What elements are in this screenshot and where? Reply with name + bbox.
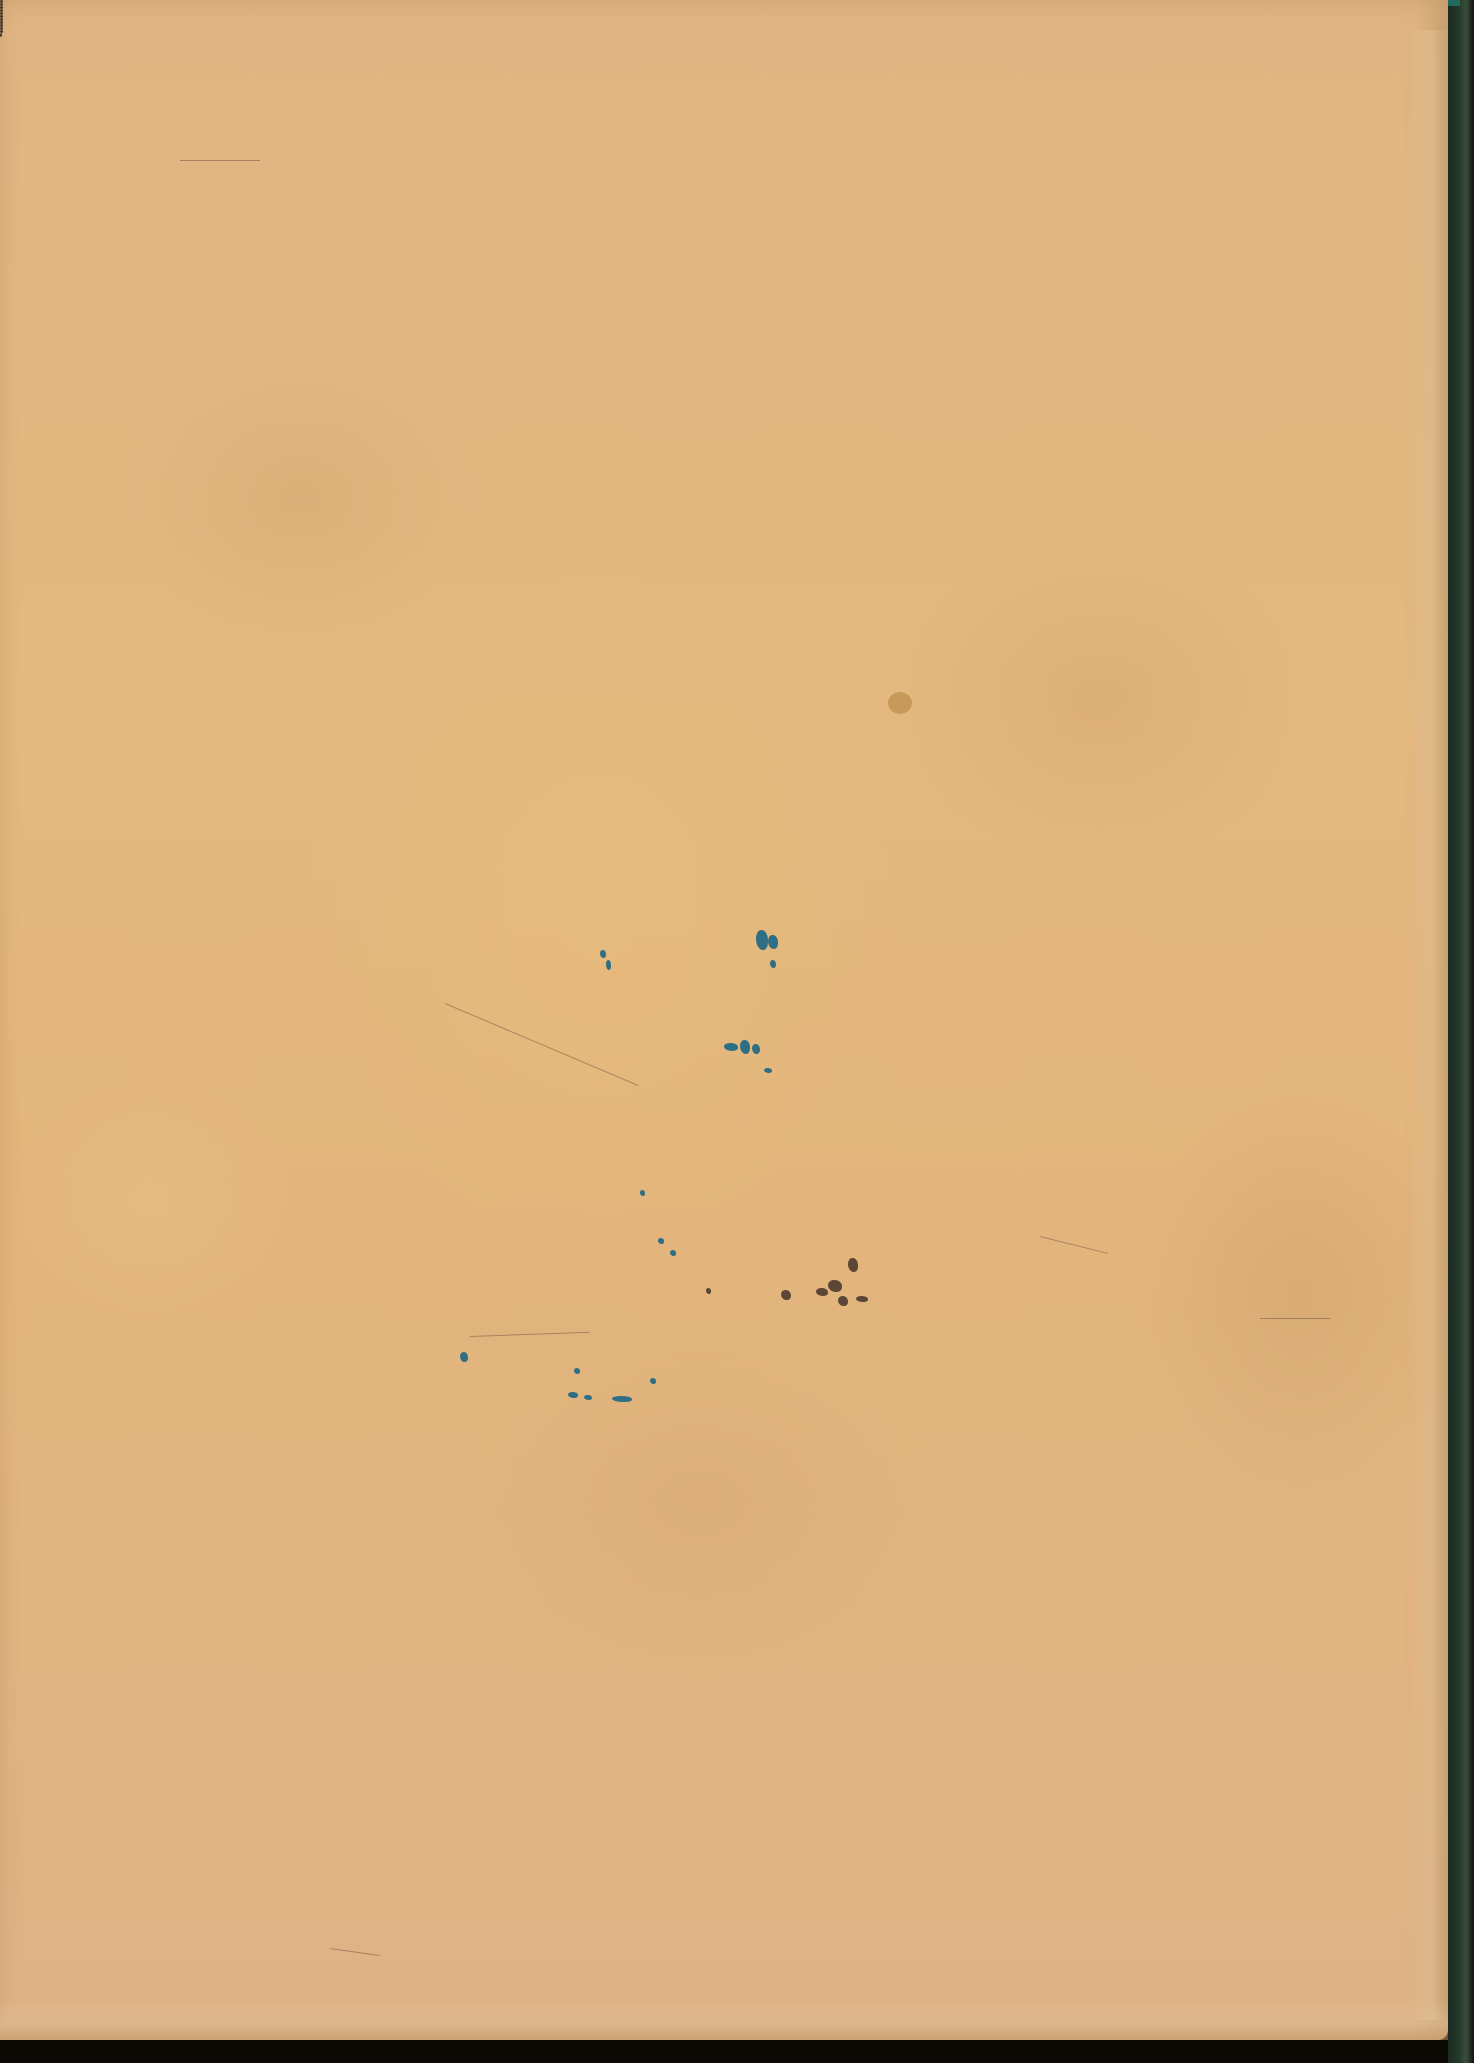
scratch — [1040, 1236, 1108, 1254]
stain-spot — [781, 1290, 791, 1300]
speck — [0, 33, 2, 37]
ink-fleck — [770, 960, 776, 968]
book-spine — [1448, 0, 1474, 2063]
ink-fleck — [612, 1396, 632, 1402]
scratch — [180, 160, 260, 161]
right-edge-wear — [1408, 30, 1448, 2020]
stain-spot — [848, 1258, 858, 1272]
ink-fleck — [724, 1043, 738, 1051]
stain-spot — [838, 1296, 848, 1306]
stain-spot — [816, 1288, 828, 1296]
scratch — [445, 1003, 639, 1086]
stain-spot — [856, 1296, 868, 1302]
bottom-edge-wear — [0, 2000, 1448, 2040]
ink-fleck — [768, 935, 778, 949]
water-stain — [888, 692, 912, 714]
ink-fleck — [650, 1378, 656, 1384]
ink-fleck — [756, 930, 768, 950]
ink-fleck — [460, 1352, 468, 1362]
ink-fleck — [606, 960, 611, 970]
ink-fleck — [600, 950, 606, 958]
scratch — [330, 1948, 380, 1956]
scanned-page — [0, 0, 1474, 2063]
ink-fleck — [752, 1044, 760, 1054]
stain-spot — [706, 1288, 711, 1294]
stain-spot — [828, 1280, 842, 1292]
scratch — [1260, 1318, 1330, 1319]
ink-fleck — [740, 1040, 750, 1054]
ink-fleck — [574, 1368, 580, 1374]
ink-fleck — [584, 1395, 592, 1400]
ink-fleck — [764, 1068, 772, 1073]
ink-fleck — [640, 1190, 645, 1196]
ink-fleck — [658, 1238, 664, 1244]
book-back-cover — [0, 0, 1448, 2040]
ink-fleck — [568, 1392, 578, 1398]
ink-fleck — [670, 1250, 676, 1256]
scratch — [470, 1332, 590, 1337]
